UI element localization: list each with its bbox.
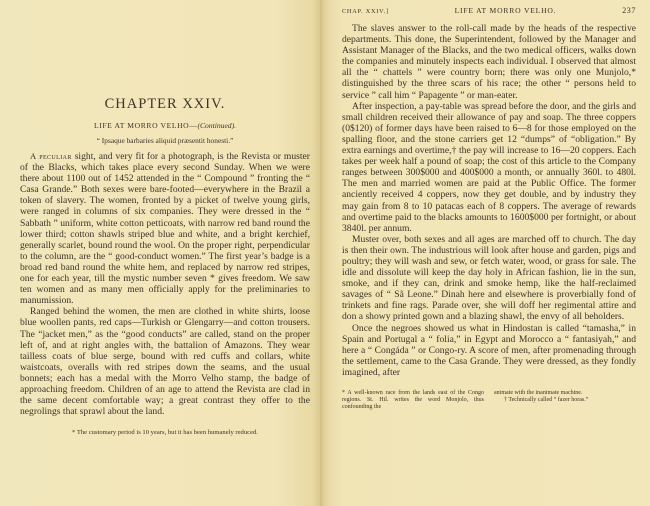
chapter-subtitle-continued: (Continued). <box>197 121 236 130</box>
chapter-subtitle: LIFE AT MORRO VELHO—(Continued). <box>20 121 310 130</box>
right-page-body: The slaves answer to the roll-call made … <box>342 23 636 378</box>
right-page: CHAP. XXIV.] LIFE AT MORRO VELHO. 237 Th… <box>322 0 650 506</box>
running-head: CHAP. XXIV.] LIFE AT MORRO VELHO. 237 <box>342 0 636 15</box>
paragraph: Once the negroes showed us what in Hindo… <box>342 323 636 378</box>
paragraph: Ranged behind the women, the men are clo… <box>20 306 310 417</box>
paragraph-text: sight, and very fit for a photograph, is… <box>20 151 310 306</box>
footnote: * The customary period is 10 years, but … <box>20 429 310 437</box>
paragraph: The slaves answer to the roll-call made … <box>342 23 636 101</box>
paragraph: After inspection, a pay-table was spread… <box>342 101 636 234</box>
chapter-title: CHAPTER XXIV. <box>20 96 310 113</box>
paragraph: A peculiar sight, and very fit for a pho… <box>20 151 310 306</box>
running-head-chapter: CHAP. XXIV.] <box>342 8 389 15</box>
footnote-dagger: † Technically called “ fazer horas.” <box>494 397 636 404</box>
footnote-column-2: animate with the inanimate machine. † Te… <box>494 390 636 412</box>
opening-words: A peculiar <box>30 151 72 161</box>
page-number: 237 <box>622 6 636 15</box>
epigraph: “ Ipsaque barbaries aliquid præsentit ho… <box>20 136 310 145</box>
footnote-column-1: * A well-known race from the lands east … <box>342 390 484 412</box>
chapter-subtitle-text: LIFE AT MORRO VELHO— <box>94 121 197 130</box>
footnotes: * A well-known race from the lands east … <box>342 390 636 412</box>
book-spread: CHAPTER XXIV. LIFE AT MORRO VELHO—(Conti… <box>0 0 650 506</box>
running-head-title: LIFE AT MORRO VELHO. <box>455 6 557 15</box>
left-page-body: A peculiar sight, and very fit for a pho… <box>20 151 310 417</box>
paragraph: Muster over, both sexes and all ages are… <box>342 234 636 323</box>
left-page: CHAPTER XXIV. LIFE AT MORRO VELHO—(Conti… <box>0 0 322 506</box>
